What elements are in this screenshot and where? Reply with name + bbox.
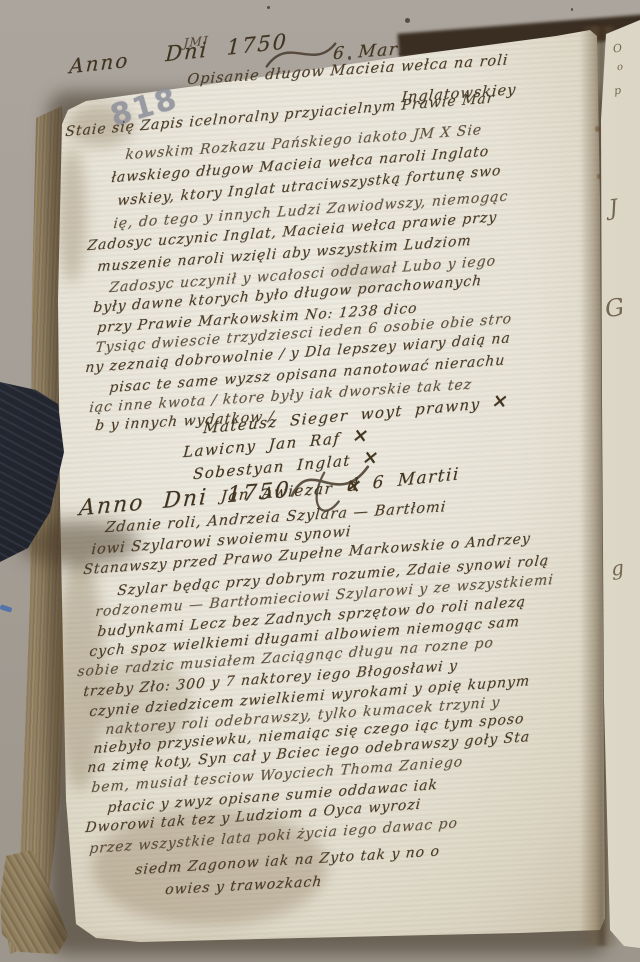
- signature-x-mark: ×: [490, 389, 512, 412]
- signature-x-mark: ×: [343, 474, 365, 497]
- handwriting-layer: JMJAnnoDni 17506 Mar:Opisanie długow Mac…: [0, 0, 640, 962]
- manuscript-photo: OopJGg 818 JMJAnnoDni 17506 Mar:Opisanie…: [0, 0, 640, 962]
- entry1-header-anno: Anno: [69, 48, 130, 79]
- signature-x-mark: ×: [350, 424, 372, 447]
- entry2-body-line: owies y trawozkach: [164, 874, 323, 898]
- signature-x-mark: ×: [361, 446, 383, 469]
- entry1-header-date: Dni 1750: [165, 29, 289, 66]
